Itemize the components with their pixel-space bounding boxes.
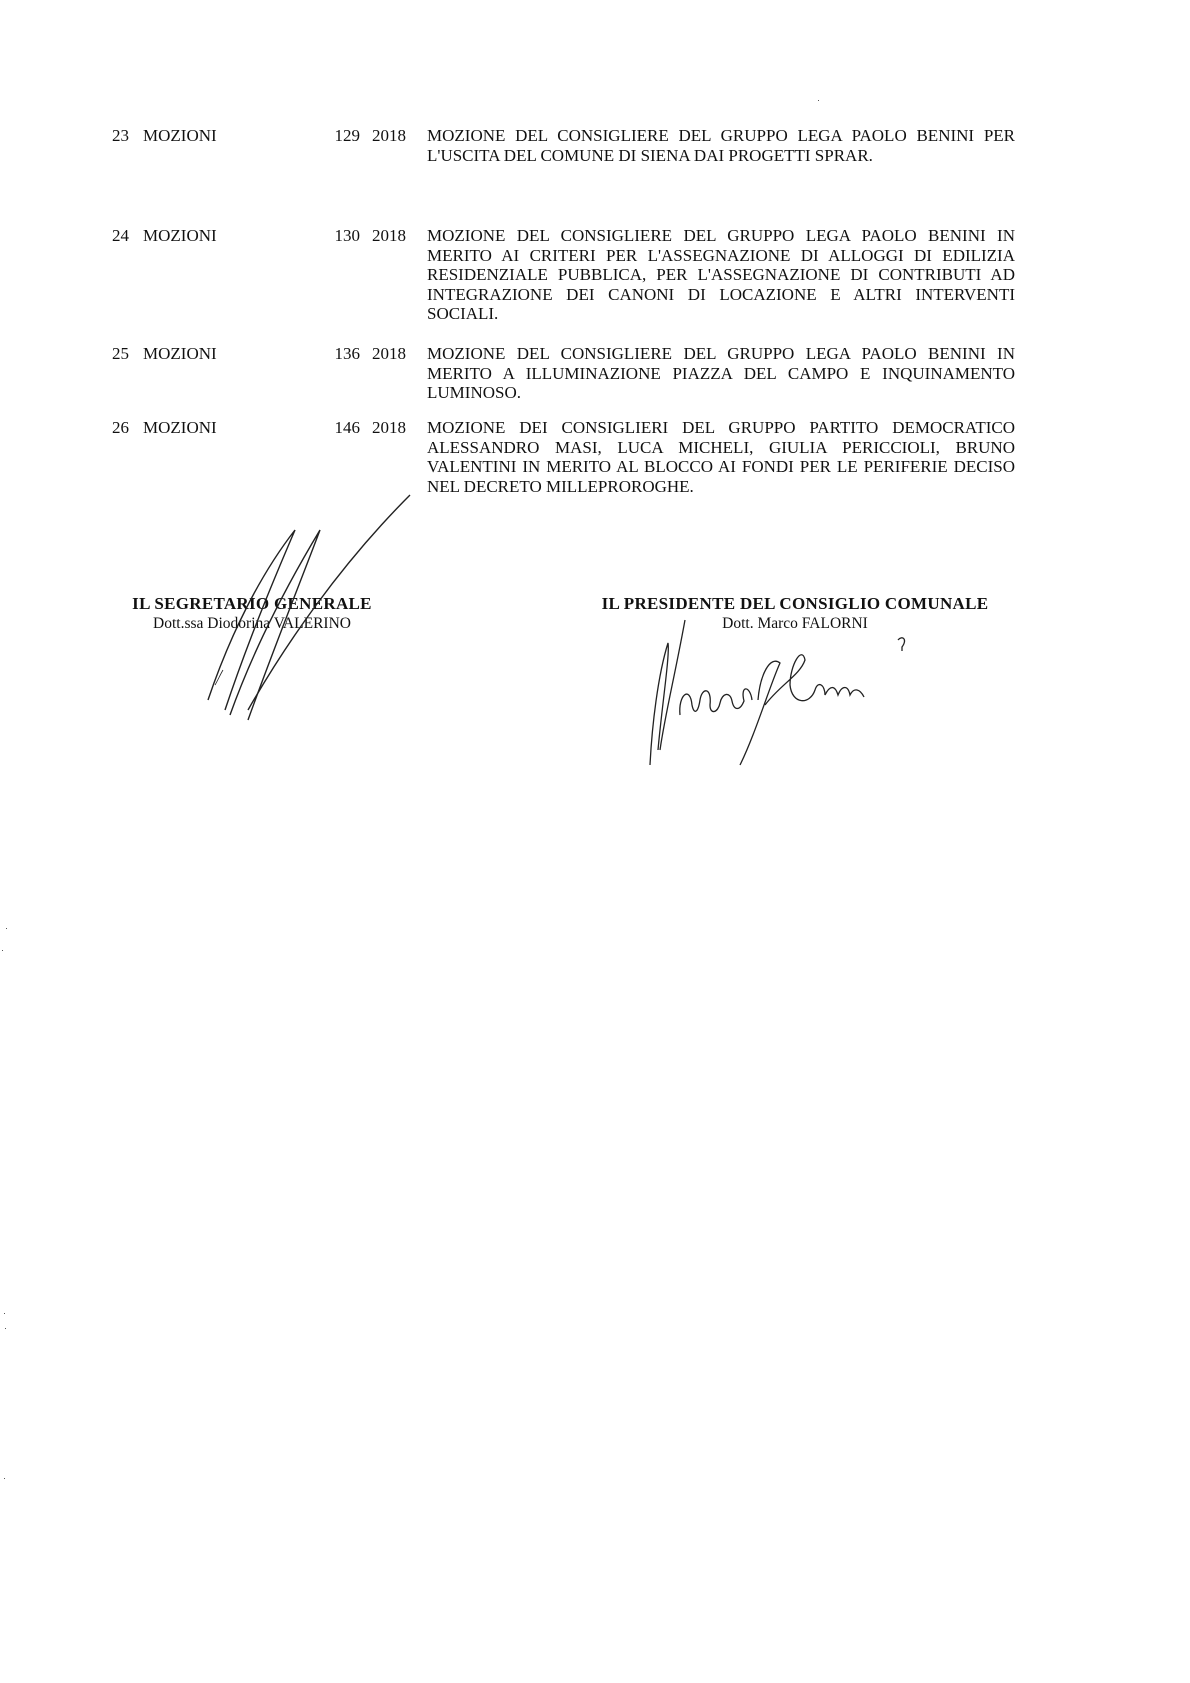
president-handwritten-signature: [640, 615, 940, 775]
scan-artifact: [6, 928, 7, 929]
motion-description: MOZIONE DEL CONSIGLIERE DEL GRUPPO LEGA …: [427, 344, 1015, 403]
scan-artifact: [4, 1478, 5, 1479]
motion-number: 25: [112, 344, 136, 364]
scan-artifact: [5, 1328, 6, 1329]
motion-register-number: 129: [330, 126, 360, 146]
motion-register-number: 146: [330, 418, 360, 438]
motion-category: MOZIONI: [143, 344, 217, 364]
motion-number: 23: [112, 126, 136, 146]
motion-number: 24: [112, 226, 136, 246]
motion-description: MOZIONE DEL CONSIGLIERE DEL GRUPPO LEGA …: [427, 226, 1015, 324]
motion-year: 2018: [372, 418, 406, 438]
secretary-handwritten-signature: [190, 485, 420, 725]
scan-artifact: [818, 100, 819, 101]
motion-category: MOZIONI: [143, 126, 217, 146]
motion-description: MOZIONE DEI CONSIGLIERI DEL GRUPPO PARTI…: [427, 418, 1015, 496]
president-title: IL PRESIDENTE DEL CONSIGLIO COMUNALE: [575, 594, 1015, 614]
motion-year: 2018: [372, 126, 406, 146]
motion-register-number: 130: [330, 226, 360, 246]
motion-category: MOZIONI: [143, 418, 217, 438]
motion-category: MOZIONI: [143, 226, 217, 246]
motion-year: 2018: [372, 344, 406, 364]
motion-year: 2018: [372, 226, 406, 246]
motion-number: 26: [112, 418, 136, 438]
scan-artifact: [4, 1313, 5, 1314]
motion-register-number: 136: [330, 344, 360, 364]
scan-artifact: [2, 950, 3, 951]
motion-description: MOZIONE DEL CONSIGLIERE DEL GRUPPO LEGA …: [427, 126, 1015, 165]
